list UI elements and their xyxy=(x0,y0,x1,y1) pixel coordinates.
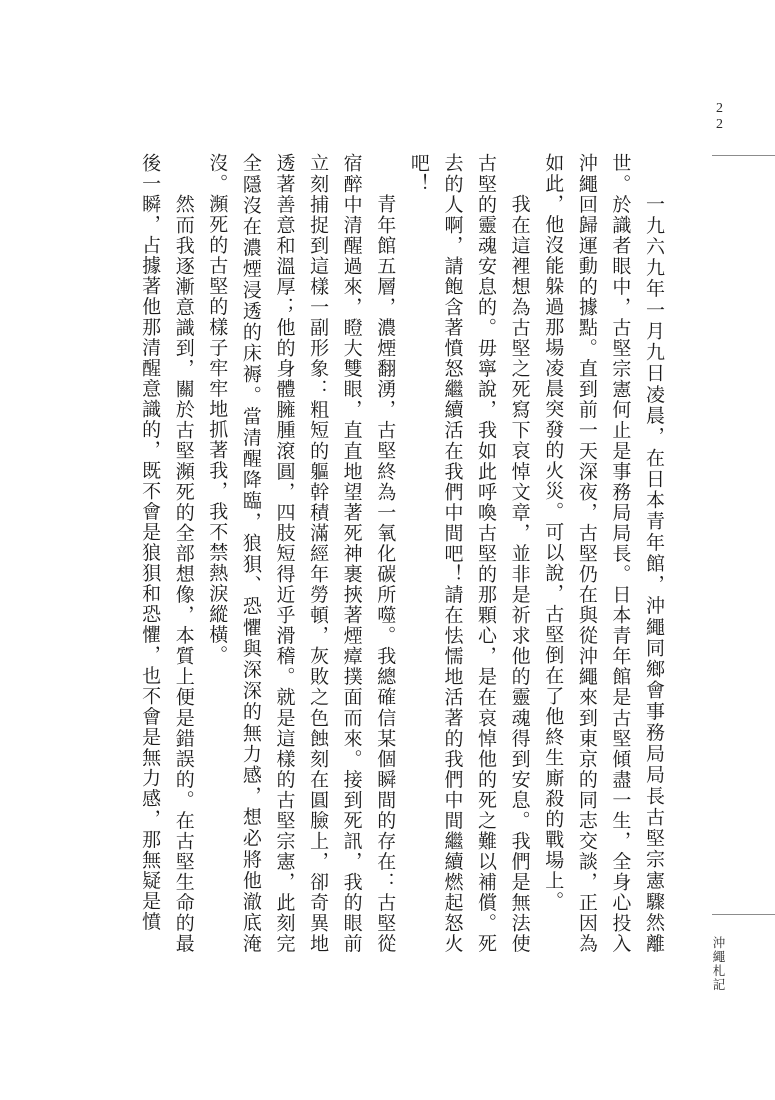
book-page: 22 一九六九年一月九日凌晨，在日本青年館，沖繩同鄉會事務局局長古堅宗憲驟然離世… xyxy=(0,0,775,1100)
paragraph: 一九六九年一月九日凌晨，在日本青年館，沖繩同鄉會事務局局長古堅宗憲驟然離世。於識… xyxy=(536,153,670,954)
paragraph: 青年館五層，濃煙翻湧，古堅終為一氧化碳所噬。我總確信某個瞬間的存在：古堅從宿醉中… xyxy=(200,153,402,954)
paragraph: 然而我逐漸意識到，關於古堅瀕死的全部想像，本質上便是錯誤的。在古堅生命的最後一瞬… xyxy=(133,153,200,954)
header-rule xyxy=(712,155,775,156)
body-text: 一九六九年一月九日凌晨，在日本青年館，沖繩同鄉會事務局局長古堅宗憲驟然離世。於識… xyxy=(133,153,671,954)
paragraph: 我在這裡想為古堅之死寫下哀悼文章，並非是祈求他的靈魂得到安息。我們是無法使古堅的… xyxy=(401,153,535,954)
page-number: 22 xyxy=(711,101,727,133)
footer-rule xyxy=(712,914,775,915)
running-title: 沖繩札記 xyxy=(709,936,727,992)
